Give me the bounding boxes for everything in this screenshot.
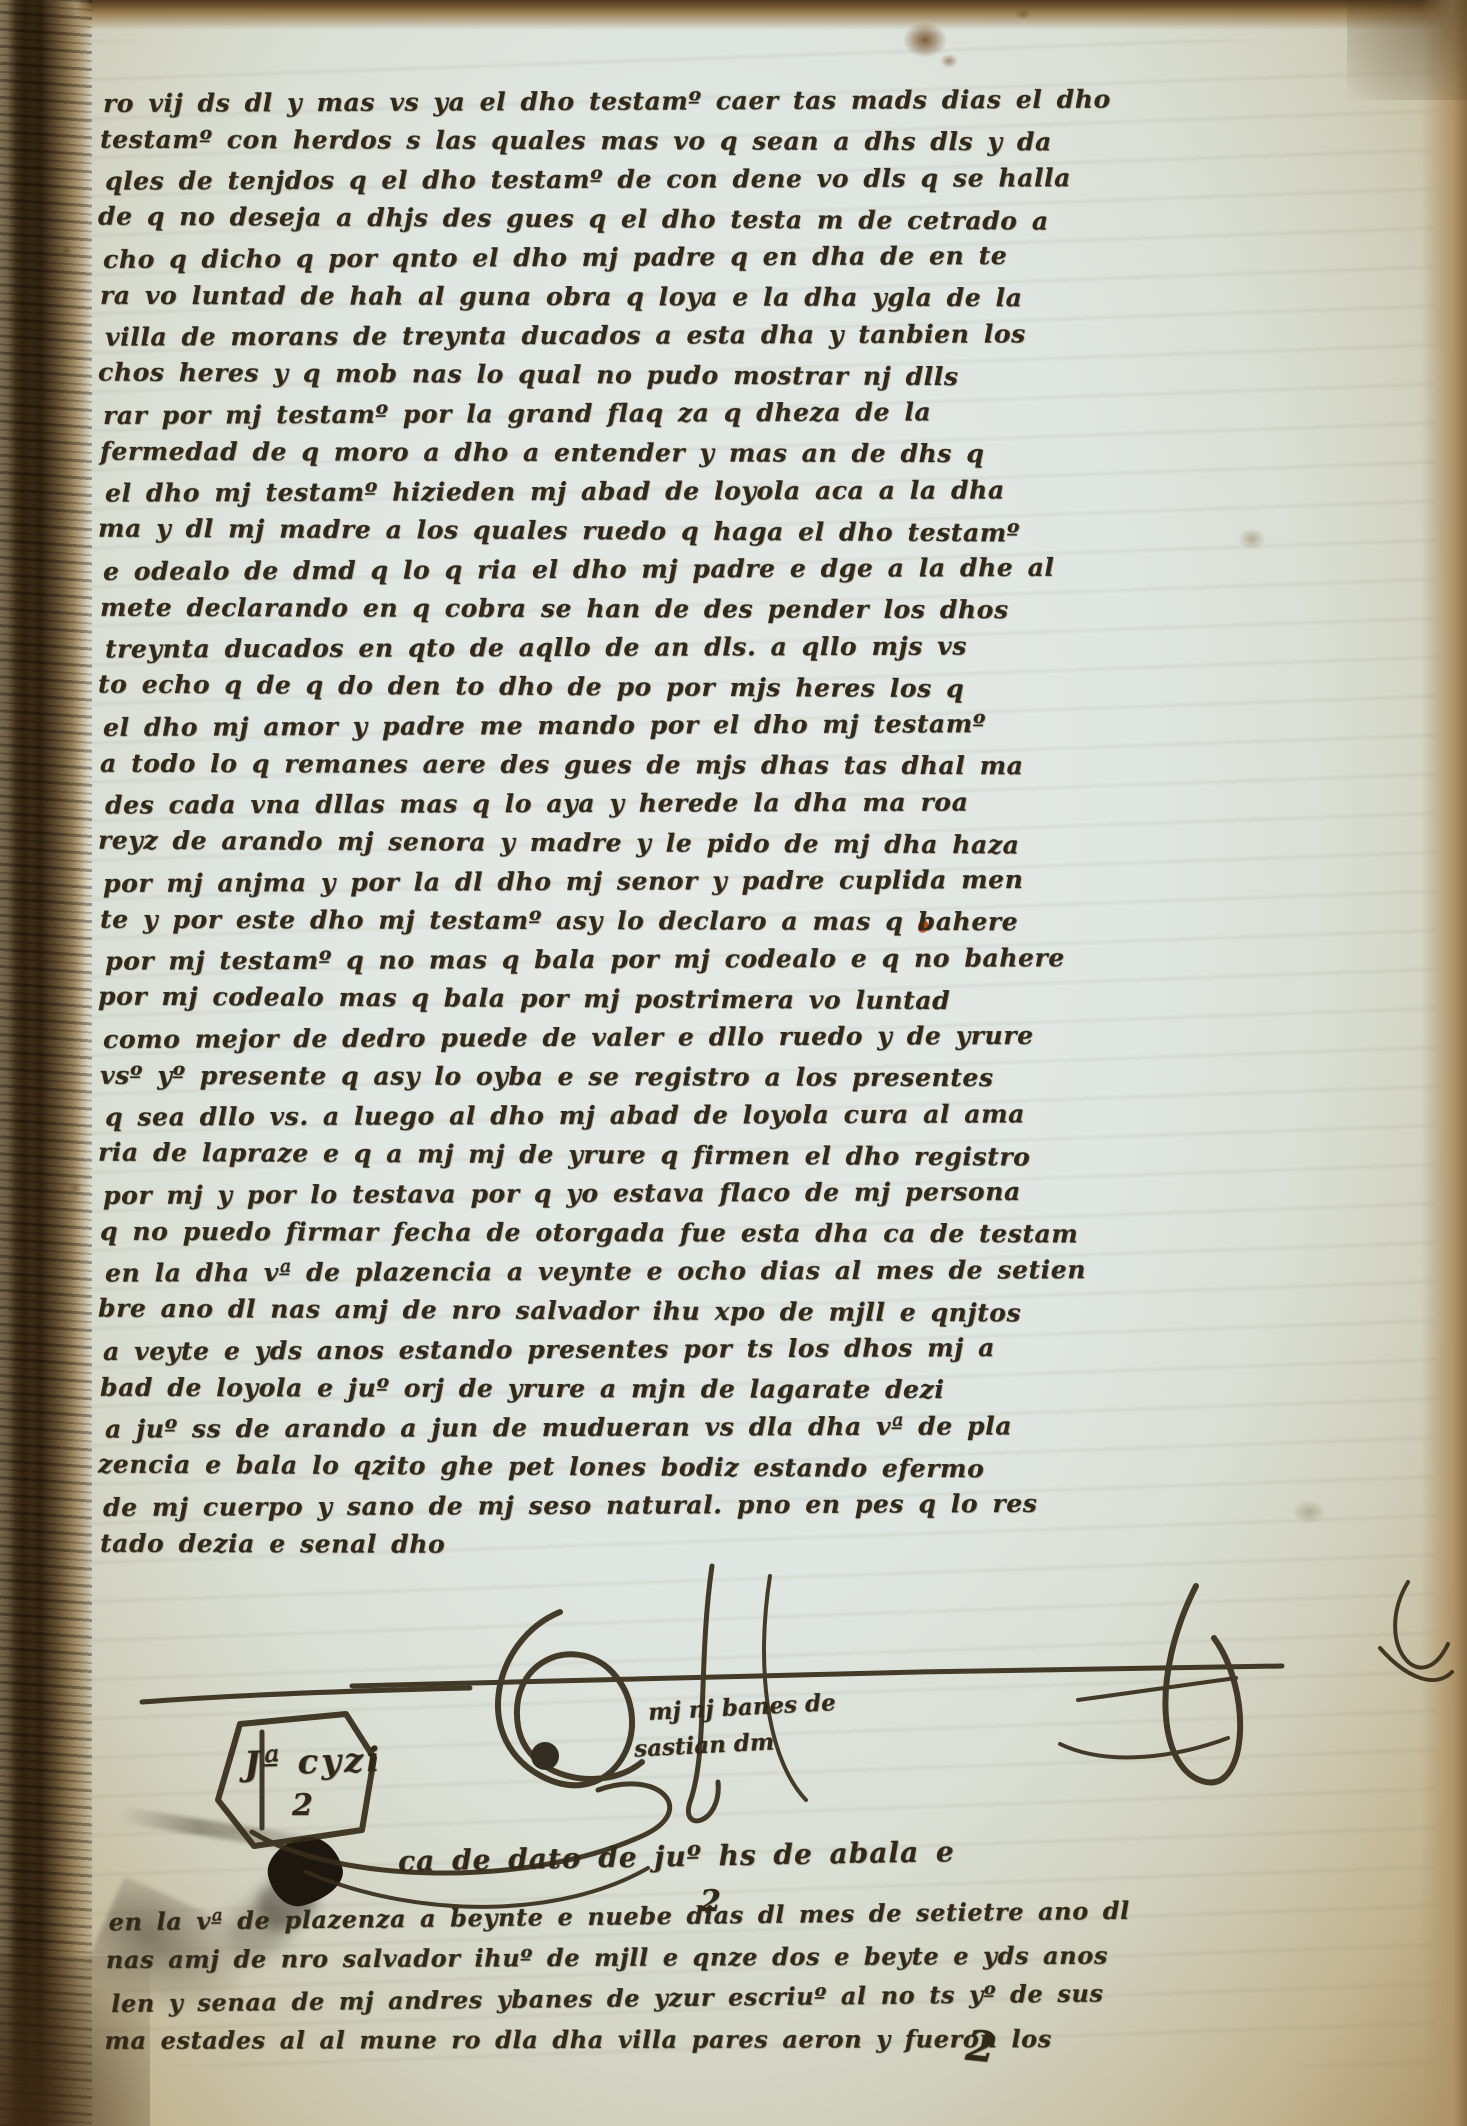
manuscript-line: chos heres y q mob nas lo qual no pudo m…: [98, 353, 1010, 397]
docket-box-number: 2: [292, 1788, 313, 1823]
manuscript-line: en la dha vª de plazencia a veynte e och…: [105, 1250, 1010, 1292]
manuscript-line: mete declarando en q cobra se han de des…: [100, 588, 1010, 629]
manuscript-line: treynta ducados en qto de aqllo de an dl…: [105, 626, 1010, 668]
docket-box-label: Jª cyzi: [243, 1740, 382, 1785]
manuscript-line: a todo lo q remanes aere des gues de mjs…: [100, 744, 1010, 785]
manuscript-line: te y por este dho mj testamº asy lo decl…: [100, 900, 1010, 941]
manuscript-line: el dho mj amor y padre me mando por el d…: [103, 704, 1010, 747]
manuscript-line: reyz de arando mj senora y madre y le pi…: [98, 821, 1010, 865]
manuscript-line: ria de lapraze e q a mj mj de yrure q fi…: [98, 1133, 1010, 1177]
manuscript-line: des cada vna dllas mas q lo aya y herede…: [105, 782, 1010, 824]
closing-trailing-mark: 2: [964, 2021, 998, 2073]
closing-line: nas amj de nro salvador ihuº de mjll e q…: [106, 1935, 1064, 1980]
manuscript-line: e odealo de dmd q lo q ria el dho mj pad…: [103, 548, 1010, 591]
manuscript-line: a veyte e yds anos estando presentes por…: [103, 1328, 1010, 1371]
manuscript-line: testamº con herdos s las quales mas vo q…: [100, 120, 1010, 161]
manuscript-line: de mj cuerpo y sano de mj seso natural. …: [103, 1484, 1010, 1527]
closing-line: ma estades al al mune ro dla dha villa p…: [104, 2018, 1064, 2061]
manuscript-line: por mj codealo mas q bala por mj postrim…: [98, 977, 1010, 1021]
manuscript-line: tado dezia e senal dho: [100, 1524, 1010, 1565]
manuscript-line: villa de morans de treynta ducados a est…: [105, 314, 1010, 356]
manuscript-line: rar por mj testamº por la grand flaq za …: [103, 392, 1010, 435]
manuscript-line: ro vij ds dl y mas vs ya el dho testamº …: [103, 80, 1010, 123]
manuscript-line: como mejor de dedro puede de valer e dll…: [103, 1016, 1010, 1059]
manuscript-line: to echo q de q do den to dho de po por m…: [98, 665, 1010, 709]
manuscript-line: q sea dllo vs. a luego al dho mj abad de…: [105, 1094, 1010, 1136]
manuscript-line: a juº ss de arando a jun de mudueran vs …: [105, 1406, 1010, 1448]
manuscript-line: el dho mj testamº hizieden mj abad de lo…: [105, 470, 1010, 512]
manuscript-line: bad de loyola e juº orj de yrure a mjn d…: [100, 1368, 1010, 1409]
closing-paragraph: en la vª de plazenza a beynte e nuebe di…: [103, 1893, 1064, 2064]
manuscript-line: qles de tenjdos q el dho testamº de con …: [105, 158, 1010, 200]
closing-line: len y senaa de mj andres ybanes de yzur …: [111, 1973, 1064, 2024]
manuscript-line: por mj anjma y por la dl dho mj senor y …: [103, 860, 1010, 903]
manuscript-line: de q no deseja a dhjs des gues q el dho …: [98, 197, 1010, 241]
manuscript-line: por mj y por lo testava por q yo estava …: [103, 1172, 1010, 1215]
manuscript-line: vsº yº presente q asy lo oyba e se regis…: [100, 1056, 1010, 1097]
manuscript-line: por mj testamº q no mas q bala por mj co…: [105, 938, 1010, 980]
manuscript-line: cho q dicho q por qnto el dho mj padre q…: [103, 236, 1010, 279]
manuscript-line: bre ano dl nas amj de nro salvador ihu x…: [98, 1289, 1010, 1333]
manuscript-line: ma y dl mj madre a los quales ruedo q ha…: [98, 509, 1010, 553]
manuscript-body: ro vij ds dl y mas vs ya el dho testamº …: [98, 82, 1010, 1564]
manuscript-line: q no puedo firmar fecha de otorgada fue …: [100, 1212, 1010, 1253]
manuscript-page: ro vij ds dl y mas vs ya el dho testamº …: [0, 0, 1467, 2126]
manuscript-line: ra vo luntad de hah al guna obra q loya …: [100, 276, 1010, 317]
manuscript-line: zencia e bala lo qzito ghe pet lones bod…: [98, 1445, 1010, 1489]
manuscript-line: fermedad de q moro a dho a entender y ma…: [100, 432, 1010, 473]
